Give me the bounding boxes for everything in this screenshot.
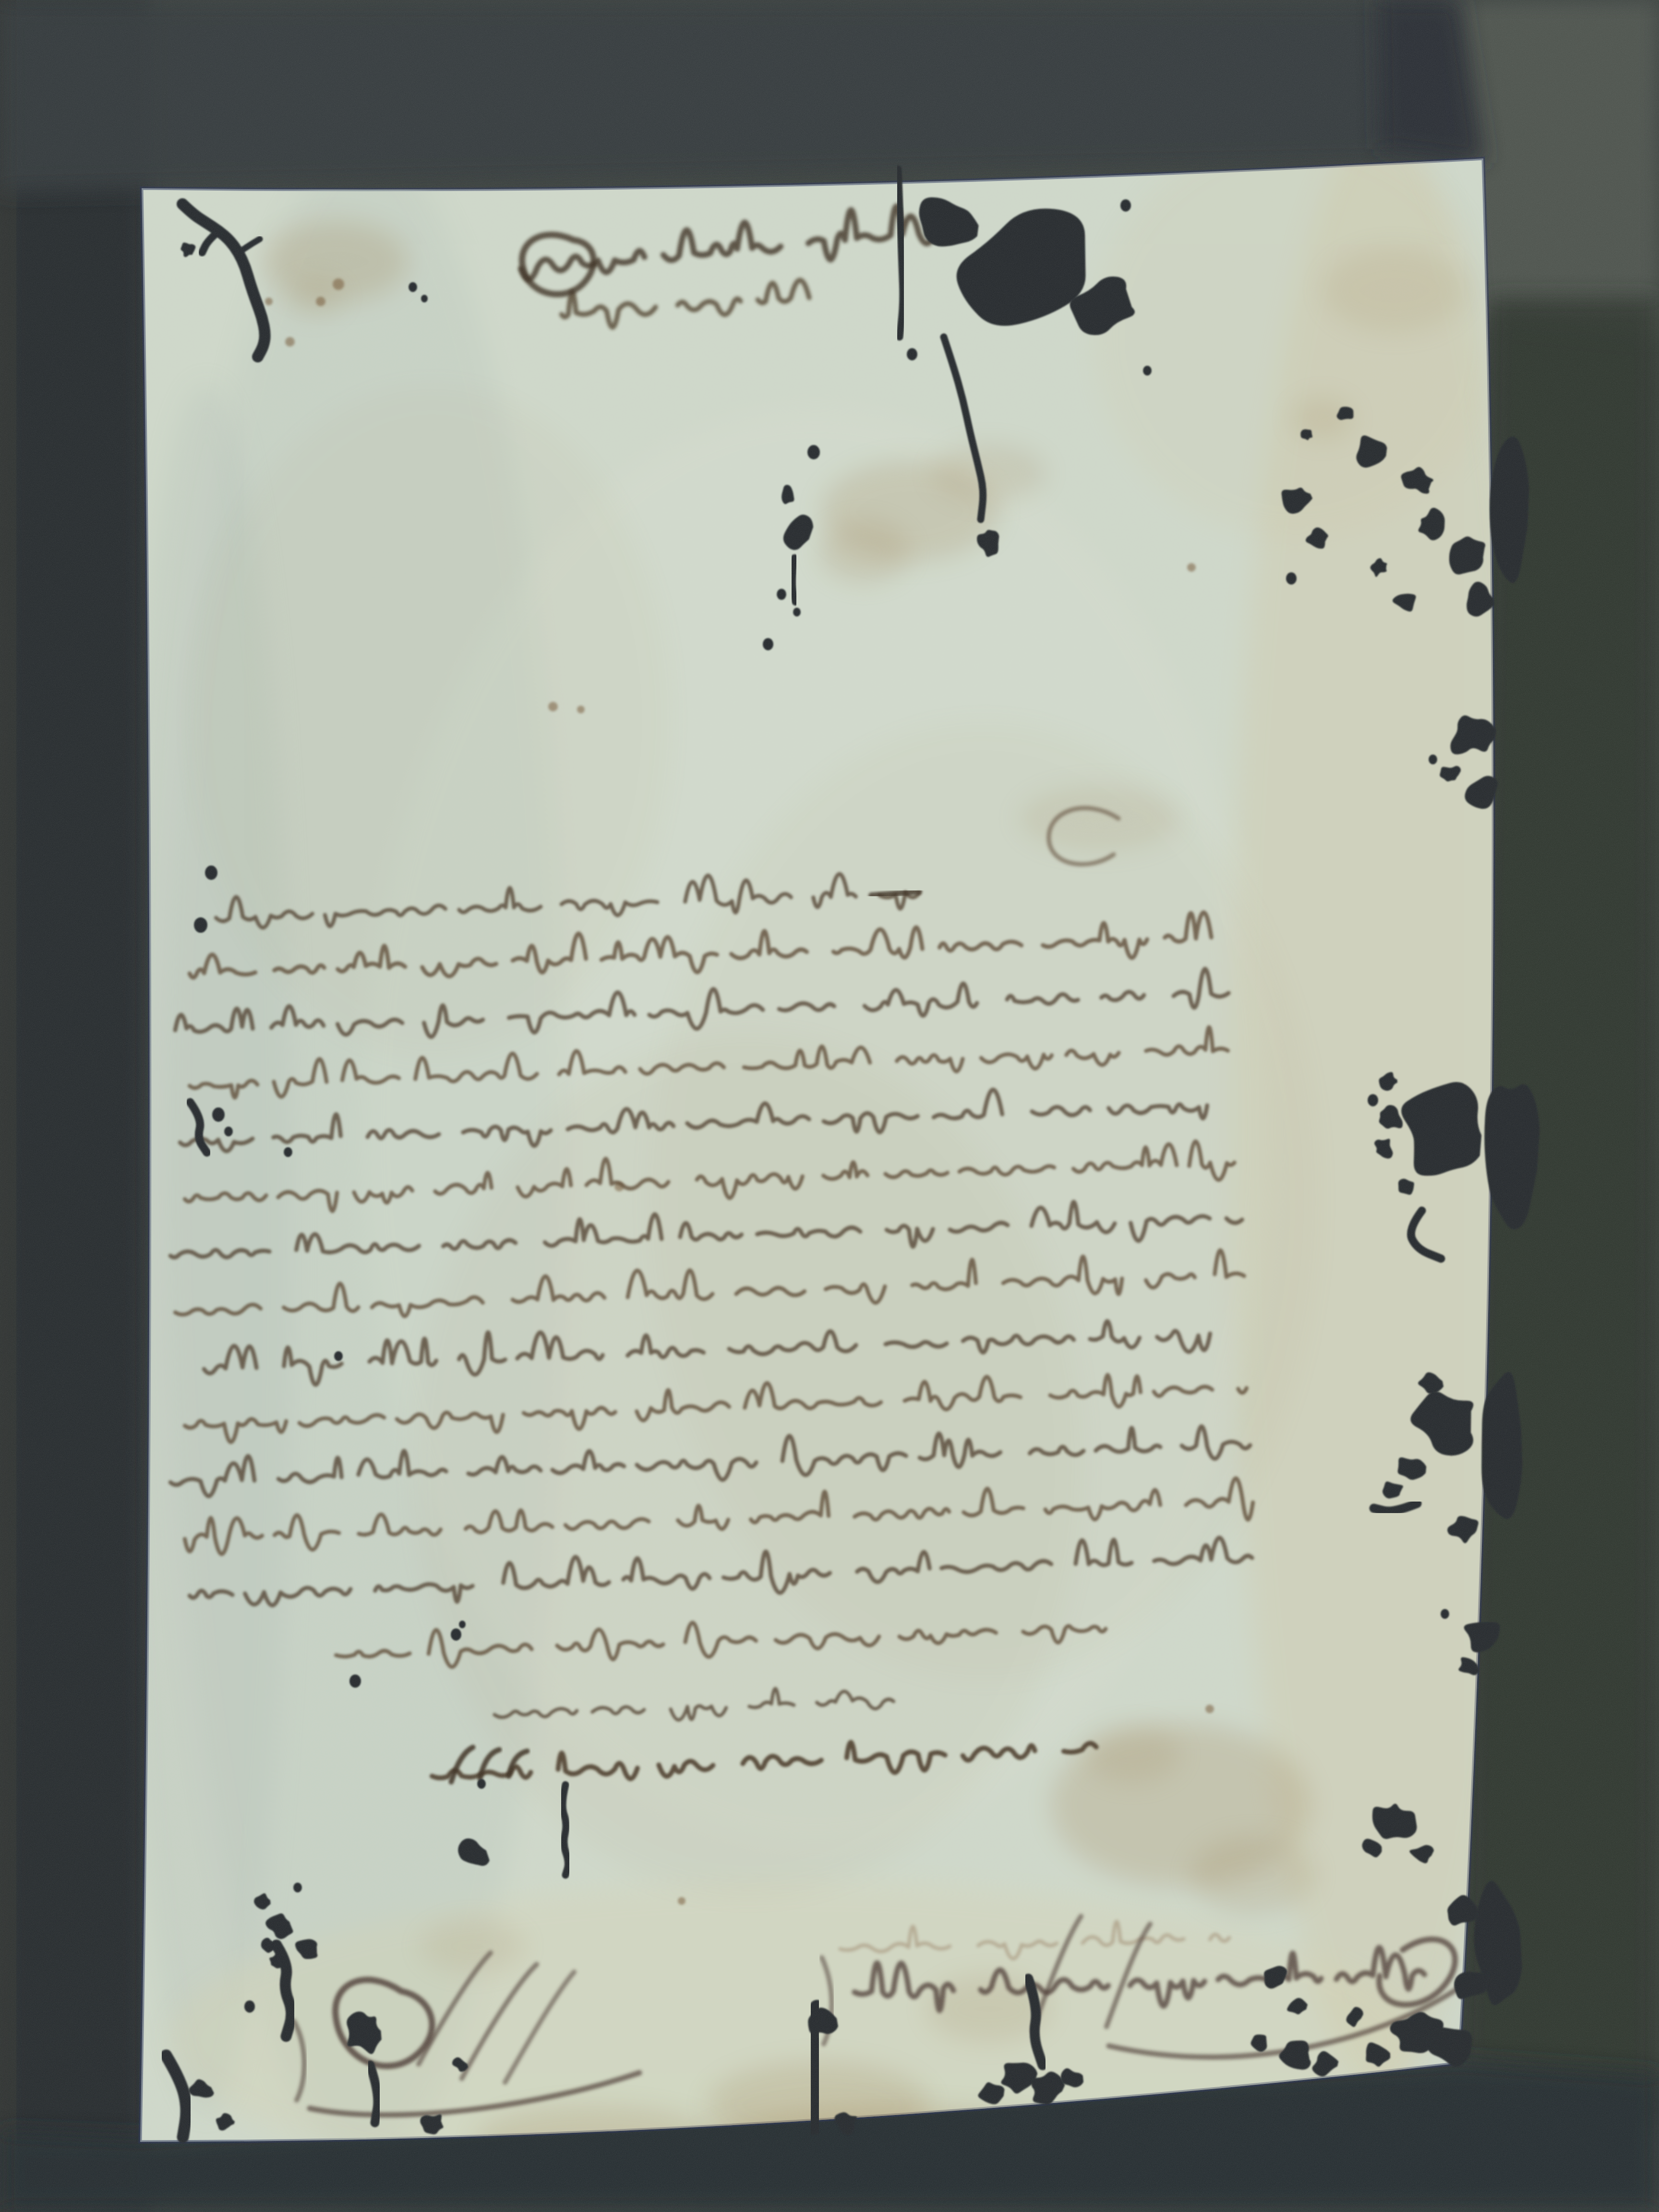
photo-grain [0, 0, 1659, 2212]
archive-photo [0, 0, 1659, 2212]
manuscript-page-scan [0, 0, 1659, 2212]
